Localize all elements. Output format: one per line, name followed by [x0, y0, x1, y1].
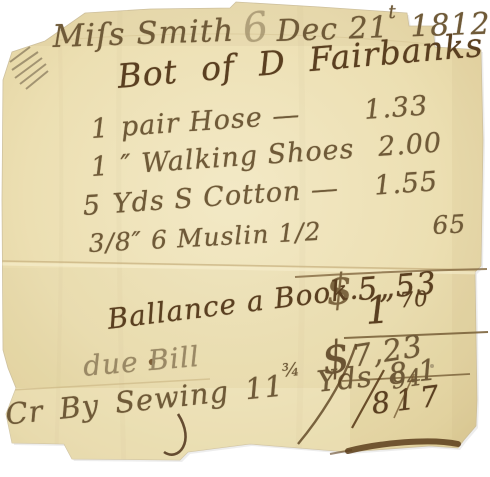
customer-name: Miſs Smith: [52, 16, 235, 53]
balance-cents: 70: [399, 287, 429, 313]
item-amount: 2.00: [377, 129, 443, 160]
right-edge-shading: [452, 40, 490, 477]
item-qty: 3/8: [88, 229, 132, 256]
item-amount: 1.33: [363, 92, 429, 123]
item-qty: 1: [90, 152, 122, 181]
item-amount: 1.55: [373, 168, 439, 199]
item-amount: 65: [432, 211, 467, 238]
item-qty: 5: [82, 191, 114, 220]
scanned-receipt: Miſs Smith 6 Dec 21t1812 Bot of D Fairba…: [0, 0, 490, 477]
credit-fraction: ¾: [281, 359, 301, 382]
date-ordinal-suffix: t: [388, 1, 396, 22]
item-qty: 1: [90, 114, 122, 143]
